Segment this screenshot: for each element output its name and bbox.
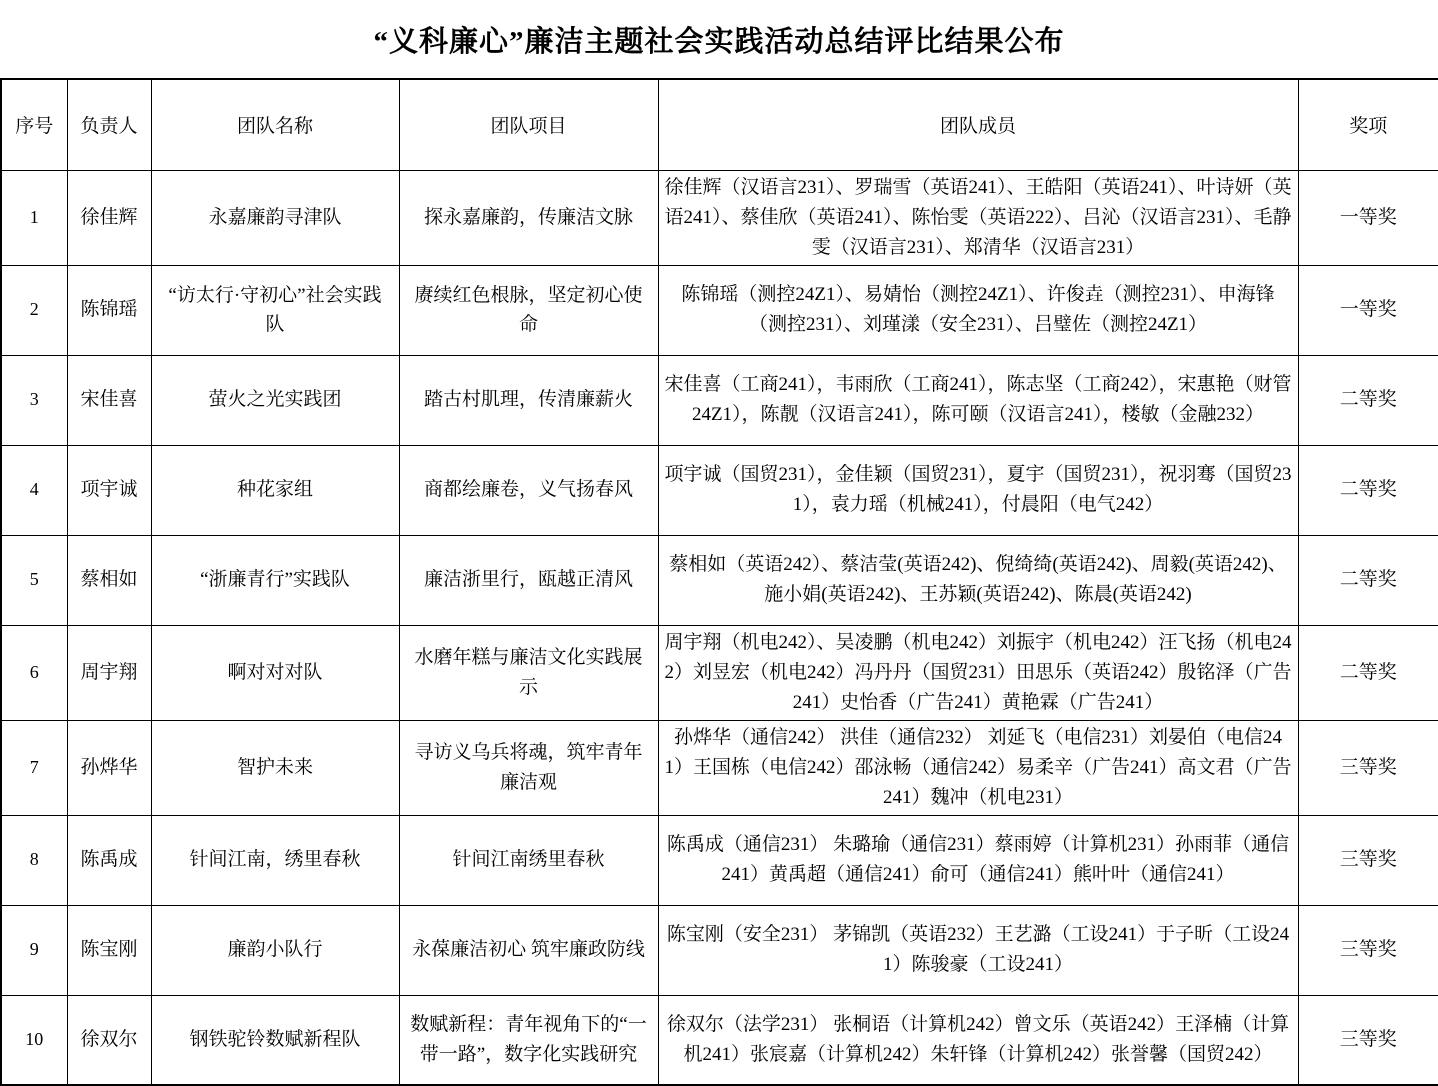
cell-project: 水磨年糕与廉洁文化实践展示 [399, 625, 658, 720]
cell-members: 宋佳喜（工商241），韦雨欣（工商241），陈志坚（工商242），宋惠艳（财管2… [658, 355, 1298, 445]
cell-award: 一等奖 [1298, 265, 1438, 355]
cell-project: 商都绘廉卷，义气扬春风 [399, 445, 658, 535]
cell-leader: 徐佳辉 [67, 170, 151, 265]
cell-no: 4 [1, 445, 67, 535]
header-award: 奖项 [1298, 79, 1438, 170]
cell-leader: 宋佳喜 [67, 355, 151, 445]
header-project: 团队项目 [399, 79, 658, 170]
cell-team: 针间江南，绣里春秋 [151, 815, 399, 905]
table-row: 6 周宇翔 啊对对对队 水磨年糕与廉洁文化实践展示 周宇翔（机电242）、吴凌鹏… [1, 625, 1438, 720]
cell-project: 数赋新程：青年视角下的“一带一路”，数字化实践研究 [399, 995, 658, 1085]
cell-team: 永嘉廉韵寻津队 [151, 170, 399, 265]
table-row: 7 孙烨华 智护未来 寻访义乌兵将魂，筑牢青年廉洁观 孙烨华（通信242） 洪佳… [1, 720, 1438, 815]
table-row: 9 陈宝刚 廉韵小队行 永葆廉洁初心 筑牢廉政防线 陈宝刚（安全231） 茅锦凯… [1, 905, 1438, 995]
cell-project: 赓续红色根脉，坚定初心使命 [399, 265, 658, 355]
cell-no: 9 [1, 905, 67, 995]
cell-leader: 孙烨华 [67, 720, 151, 815]
cell-award: 三等奖 [1298, 815, 1438, 905]
cell-award: 二等奖 [1298, 535, 1438, 625]
cell-members: 蔡相如（英语242）、蔡洁莹(英语242)、倪绮绮(英语242)、周毅(英语24… [658, 535, 1298, 625]
cell-project: 永葆廉洁初心 筑牢廉政防线 [399, 905, 658, 995]
cell-award: 三等奖 [1298, 720, 1438, 815]
cell-award: 二等奖 [1298, 355, 1438, 445]
table-row: 8 陈禹成 针间江南，绣里春秋 针间江南绣里春秋 陈禹成（通信231） 朱璐瑜（… [1, 815, 1438, 905]
cell-team: “访太行·守初心”社会实践队 [151, 265, 399, 355]
table-row: 5 蔡相如 “浙廉青行”实践队 廉洁浙里行，瓯越正清风 蔡相如（英语242）、蔡… [1, 535, 1438, 625]
cell-leader: 项宇诚 [67, 445, 151, 535]
results-table: 序号 负责人 团队名称 团队项目 团队成员 奖项 1 徐佳辉 永嘉廉韵寻津队 探… [0, 78, 1438, 1086]
cell-award: 二等奖 [1298, 625, 1438, 720]
cell-members: 徐双尔（法学231） 张桐语（计算机242）曾文乐（英语242）王泽楠（计算机2… [658, 995, 1298, 1085]
cell-leader: 陈宝刚 [67, 905, 151, 995]
cell-project: 寻访义乌兵将魂，筑牢青年廉洁观 [399, 720, 658, 815]
cell-project: 针间江南绣里春秋 [399, 815, 658, 905]
cell-project: 探永嘉廉韵，传廉洁文脉 [399, 170, 658, 265]
cell-no: 8 [1, 815, 67, 905]
cell-team: 智护未来 [151, 720, 399, 815]
cell-award: 三等奖 [1298, 995, 1438, 1085]
table-row: 4 项宇诚 种花家组 商都绘廉卷，义气扬春风 项宇诚（国贸231），金佳颖（国贸… [1, 445, 1438, 535]
cell-award: 二等奖 [1298, 445, 1438, 535]
cell-project: 廉洁浙里行，瓯越正清风 [399, 535, 658, 625]
page-title: “义科廉心”廉洁主题社会实践活动总结评比结果公布 [0, 0, 1438, 78]
header-team: 团队名称 [151, 79, 399, 170]
cell-team: 萤火之光实践团 [151, 355, 399, 445]
cell-members: 孙烨华（通信242） 洪佳（通信232） 刘延飞（电信231）刘晏伯（电信241… [658, 720, 1298, 815]
table-row: 10 徐双尔 钢铁驼铃数赋新程队 数赋新程：青年视角下的“一带一路”，数字化实践… [1, 995, 1438, 1085]
cell-team: 廉韵小队行 [151, 905, 399, 995]
table-body: 1 徐佳辉 永嘉廉韵寻津队 探永嘉廉韵，传廉洁文脉 徐佳辉（汉语言231）、罗瑞… [1, 170, 1438, 1085]
cell-no: 6 [1, 625, 67, 720]
cell-leader: 陈锦瑶 [67, 265, 151, 355]
table-header: 序号 负责人 团队名称 团队项目 团队成员 奖项 [1, 79, 1438, 170]
cell-leader: 蔡相如 [67, 535, 151, 625]
cell-project: 踏古村肌理，传清廉薪火 [399, 355, 658, 445]
cell-members: 陈禹成（通信231） 朱璐瑜（通信231）蔡雨婷（计算机231）孙雨菲（通信24… [658, 815, 1298, 905]
cell-no: 10 [1, 995, 67, 1085]
cell-no: 3 [1, 355, 67, 445]
cell-members: 陈宝刚（安全231） 茅锦凯（英语232）王艺潞（工设241）于子昕（工设241… [658, 905, 1298, 995]
header-row: 序号 负责人 团队名称 团队项目 团队成员 奖项 [1, 79, 1438, 170]
cell-team: 钢铁驼铃数赋新程队 [151, 995, 399, 1085]
table-row: 1 徐佳辉 永嘉廉韵寻津队 探永嘉廉韵，传廉洁文脉 徐佳辉（汉语言231）、罗瑞… [1, 170, 1438, 265]
header-leader: 负责人 [67, 79, 151, 170]
header-no: 序号 [1, 79, 67, 170]
cell-no: 2 [1, 265, 67, 355]
cell-award: 一等奖 [1298, 170, 1438, 265]
cell-no: 7 [1, 720, 67, 815]
cell-team: 种花家组 [151, 445, 399, 535]
cell-no: 5 [1, 535, 67, 625]
cell-members: 周宇翔（机电242）、吴凌鹏（机电242）刘振宇（机电242）汪飞扬（机电242… [658, 625, 1298, 720]
cell-members: 徐佳辉（汉语言231）、罗瑞雪（英语241）、王皓阳（英语241）、叶诗妍（英语… [658, 170, 1298, 265]
table-row: 3 宋佳喜 萤火之光实践团 踏古村肌理，传清廉薪火 宋佳喜（工商241），韦雨欣… [1, 355, 1438, 445]
cell-team: “浙廉青行”实践队 [151, 535, 399, 625]
cell-leader: 周宇翔 [67, 625, 151, 720]
cell-leader: 陈禹成 [67, 815, 151, 905]
cell-award: 三等奖 [1298, 905, 1438, 995]
header-members: 团队成员 [658, 79, 1298, 170]
cell-members: 项宇诚（国贸231），金佳颖（国贸231），夏宇（国贸231），祝羽骞（国贸23… [658, 445, 1298, 535]
cell-members: 陈锦瑶（测控24Z1）、易婧怡（测控24Z1）、许俊垚（测控231）、申海锋（测… [658, 265, 1298, 355]
document-page: “义科廉心”廉洁主题社会实践活动总结评比结果公布 序号 负责人 团队名称 团队项… [0, 0, 1438, 1086]
cell-team: 啊对对对队 [151, 625, 399, 720]
cell-no: 1 [1, 170, 67, 265]
table-row: 2 陈锦瑶 “访太行·守初心”社会实践队 赓续红色根脉，坚定初心使命 陈锦瑶（测… [1, 265, 1438, 355]
cell-leader: 徐双尔 [67, 995, 151, 1085]
